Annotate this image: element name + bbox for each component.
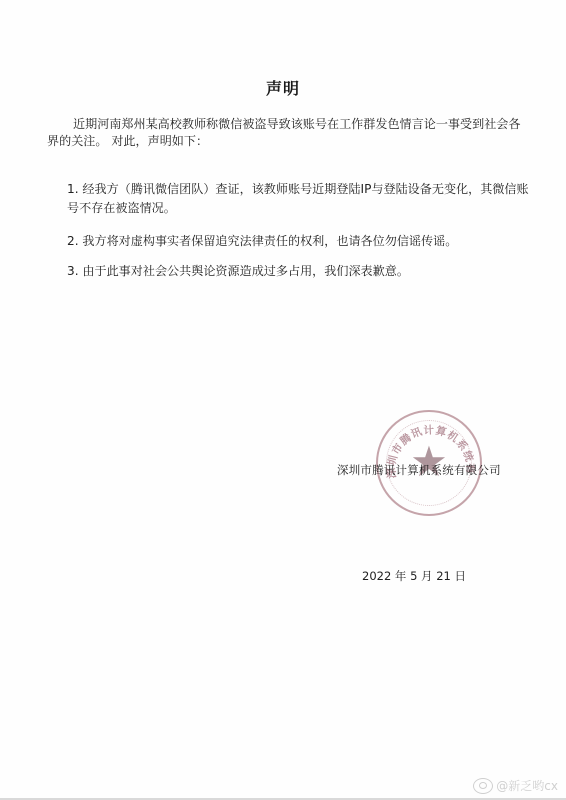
weibo-icon: [473, 778, 493, 794]
weibo-watermark: @新乏哟cx: [473, 777, 558, 794]
signature-date: 2022 年 5 月 21 日: [362, 568, 466, 584]
document-page: 声明 近期河南郑州某高校教师称微信被盗导致该账号在工作群发色情言论一事受到社会各…: [0, 0, 566, 800]
intro-paragraph: 近期河南郑州某高校教师称微信被盗导致该账号在工作群发色情言论一事受到社会各界的关…: [47, 116, 531, 150]
document-title: 声明: [0, 76, 566, 99]
statement-item-2: 2. 我方将对虚构事实者保留追究法律责任的权利，也请各位勿信谣传谣。: [67, 232, 529, 251]
watermark-text: @新乏哟cx: [496, 777, 558, 794]
company-name: 深圳市腾讯计算机系统有限公司: [337, 462, 501, 478]
statement-item-3: 3. 由于此事对社会公共舆论资源造成过多占用，我们深表歉意。: [67, 262, 529, 281]
statement-item-1: 1. 经我方（腾讯微信团队）查证，该教师账号近期登陆IP与登陆设备无变化，其微信…: [67, 180, 529, 218]
